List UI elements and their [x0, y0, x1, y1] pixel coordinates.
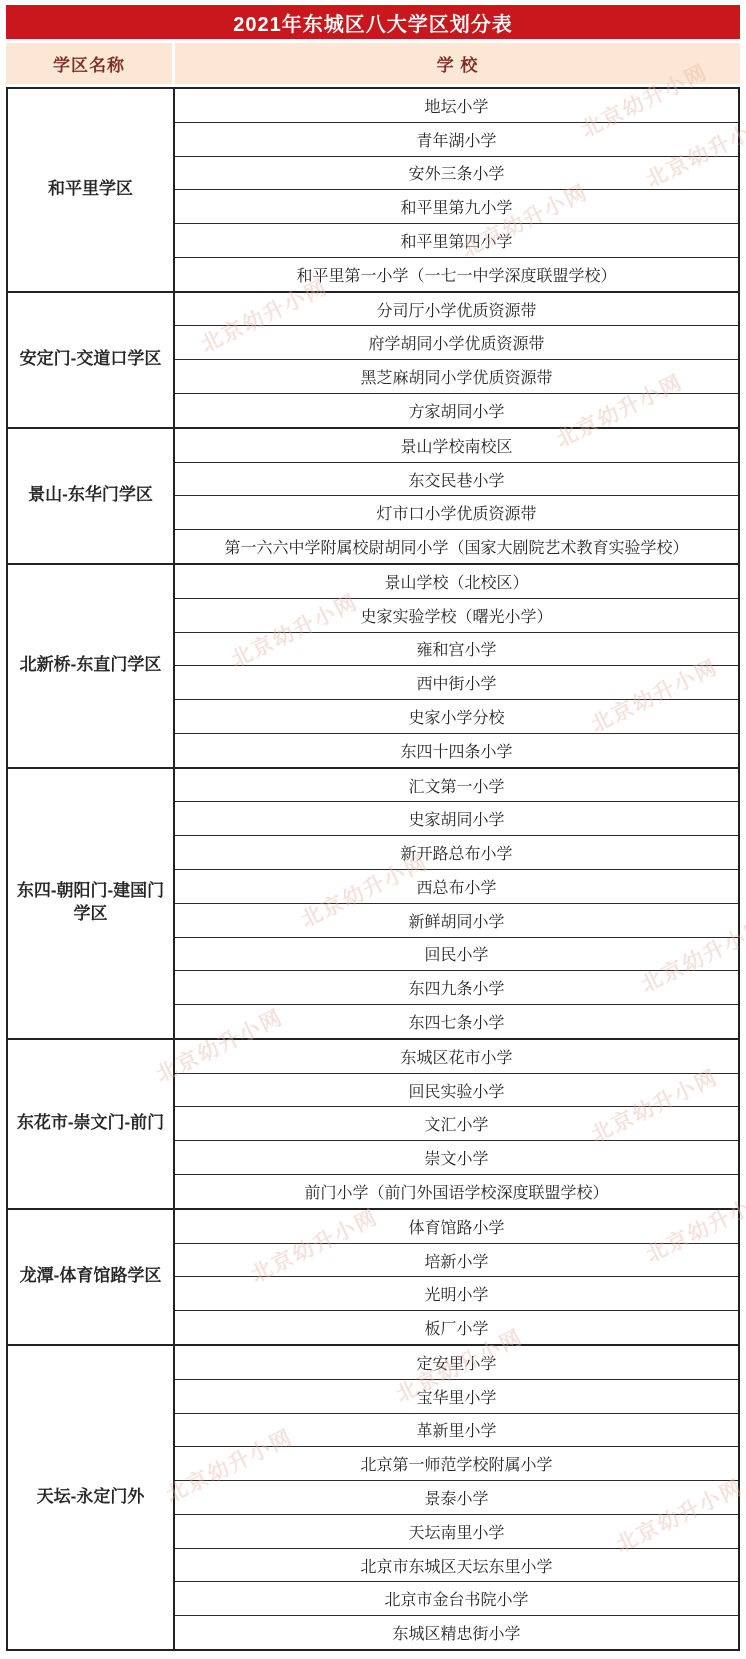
school-row: 东四九条小学: [175, 971, 738, 1005]
school-row: 西中街小学: [175, 666, 738, 700]
school-row: 分司厅小学优质资源带: [175, 293, 738, 327]
district-section: 北新桥-东直门学区景山学校（北校区）史家实验学校（曙光小学）雍和宫小学西中街小学…: [8, 565, 738, 769]
school-row: 崇文小学: [175, 1141, 738, 1175]
school-rows: 景山学校（北校区）史家实验学校（曙光小学）雍和宫小学西中街小学史家小学分校东四十…: [175, 565, 738, 767]
page-title: 2021年东城区八大学区划分表: [6, 5, 740, 39]
district-section: 安定门-交道口学区分司厅小学优质资源带府学胡同小学优质资源带黑芝麻胡同小学优质资…: [8, 293, 738, 429]
school-row: 回民小学: [175, 938, 738, 972]
school-rows: 景山学校南校区东交民巷小学灯市口小学优质资源带第一六六中学附属校尉胡同小学（国家…: [175, 429, 738, 563]
school-row: 新开路总布小学: [175, 836, 738, 870]
column-header-row: 学区名称 学 校: [6, 43, 740, 84]
district-name: 和平里学区: [8, 89, 175, 291]
school-row: 景泰小学: [175, 1481, 738, 1515]
school-row: 板厂小学: [175, 1311, 738, 1344]
school-rows: 汇文第一小学史家胡同小学新开路总布小学西总布小学新鲜胡同小学回民小学东四九条小学…: [175, 769, 738, 1038]
district-name: 景山-东华门学区: [8, 429, 175, 563]
school-row: 东交民巷小学: [175, 463, 738, 497]
district-section: 东四-朝阳门-建国门 学区汇文第一小学史家胡同小学新开路总布小学西总布小学新鲜胡…: [8, 769, 738, 1040]
school-row: 革新里小学: [175, 1414, 738, 1448]
school-row: 新鲜胡同小学: [175, 904, 738, 938]
school-rows: 分司厅小学优质资源带府学胡同小学优质资源带黑芝麻胡同小学优质资源带方家胡同小学: [175, 293, 738, 427]
district-section: 天坛-永定门外定安里小学宝华里小学革新里小学北京第一师范学校附属小学景泰小学天坛…: [8, 1346, 738, 1649]
school-row: 回民实验小学: [175, 1074, 738, 1108]
school-row: 灯市口小学优质资源带: [175, 496, 738, 530]
school-row: 定安里小学: [175, 1346, 738, 1380]
column-header-district: 学区名称: [6, 43, 172, 84]
school-row: 安外三条小学: [175, 157, 738, 191]
table-body: 和平里学区地坛小学青年湖小学安外三条小学和平里第九小学和平里第四小学和平里第一小…: [6, 87, 740, 1651]
district-name: 龙潭-体育馆路学区: [8, 1210, 175, 1344]
school-row: 体育馆路小学: [175, 1210, 738, 1244]
school-row: 青年湖小学: [175, 123, 738, 157]
school-row: 汇文第一小学: [175, 769, 738, 803]
school-row: 东四十四条小学: [175, 734, 738, 767]
district-section: 龙潭-体育馆路学区体育馆路小学培新小学光明小学板厂小学: [8, 1210, 738, 1346]
school-row: 文汇小学: [175, 1107, 738, 1141]
school-rows: 定安里小学宝华里小学革新里小学北京第一师范学校附属小学景泰小学天坛南里小学北京市…: [175, 1346, 738, 1649]
school-row: 史家小学分校: [175, 700, 738, 734]
school-row: 东城区精忠街小学: [175, 1616, 738, 1649]
column-header-school: 学 校: [175, 43, 740, 84]
district-section: 和平里学区地坛小学青年湖小学安外三条小学和平里第九小学和平里第四小学和平里第一小…: [8, 89, 738, 293]
page: 2021年东城区八大学区划分表 学区名称 学 校 和平里学区地坛小学青年湖小学安…: [6, 5, 740, 1651]
school-row: 北京市金台书院小学: [175, 1582, 738, 1616]
district-name: 安定门-交道口学区: [8, 293, 175, 427]
school-row: 和平里第四小学: [175, 224, 738, 258]
district-name: 天坛-永定门外: [8, 1346, 175, 1649]
school-row: 史家胡同小学: [175, 802, 738, 836]
school-row: 培新小学: [175, 1244, 738, 1278]
school-row: 方家胡同小学: [175, 394, 738, 427]
district-name: 东四-朝阳门-建国门 学区: [8, 769, 175, 1038]
school-row: 北京第一师范学校附属小学: [175, 1447, 738, 1481]
district-name: 北新桥-东直门学区: [8, 565, 175, 767]
school-rows: 体育馆路小学培新小学光明小学板厂小学: [175, 1210, 738, 1344]
school-row: 东四七条小学: [175, 1005, 738, 1038]
school-row: 景山学校（北校区）: [175, 565, 738, 599]
school-row: 景山学校南校区: [175, 429, 738, 463]
school-row: 东城区花市小学: [175, 1040, 738, 1074]
school-row: 西总布小学: [175, 870, 738, 904]
school-row: 雍和宫小学: [175, 633, 738, 667]
district-section: 景山-东华门学区景山学校南校区东交民巷小学灯市口小学优质资源带第一六六中学附属校…: [8, 429, 738, 565]
district-section: 东花市-崇文门-前门东城区花市小学回民实验小学文汇小学崇文小学前门小学（前门外国…: [8, 1040, 738, 1210]
school-row: 北京市东城区天坛东里小学: [175, 1549, 738, 1583]
school-rows: 地坛小学青年湖小学安外三条小学和平里第九小学和平里第四小学和平里第一小学（一七一…: [175, 89, 738, 291]
school-row: 天坛南里小学: [175, 1515, 738, 1549]
district-name: 东花市-崇文门-前门: [8, 1040, 175, 1208]
school-row: 第一六六中学附属校尉胡同小学（国家大剧院艺术教育实验学校）: [175, 530, 738, 563]
school-row: 和平里第九小学: [175, 190, 738, 224]
school-row: 宝华里小学: [175, 1380, 738, 1414]
school-row: 和平里第一小学（一七一中学深度联盟学校）: [175, 258, 738, 291]
school-rows: 东城区花市小学回民实验小学文汇小学崇文小学前门小学（前门外国语学校深度联盟学校）: [175, 1040, 738, 1208]
school-row: 前门小学（前门外国语学校深度联盟学校）: [175, 1175, 738, 1208]
school-row: 史家实验学校（曙光小学）: [175, 599, 738, 633]
school-row: 光明小学: [175, 1277, 738, 1311]
school-row: 地坛小学: [175, 89, 738, 123]
school-row: 府学胡同小学优质资源带: [175, 326, 738, 360]
school-row: 黑芝麻胡同小学优质资源带: [175, 360, 738, 394]
